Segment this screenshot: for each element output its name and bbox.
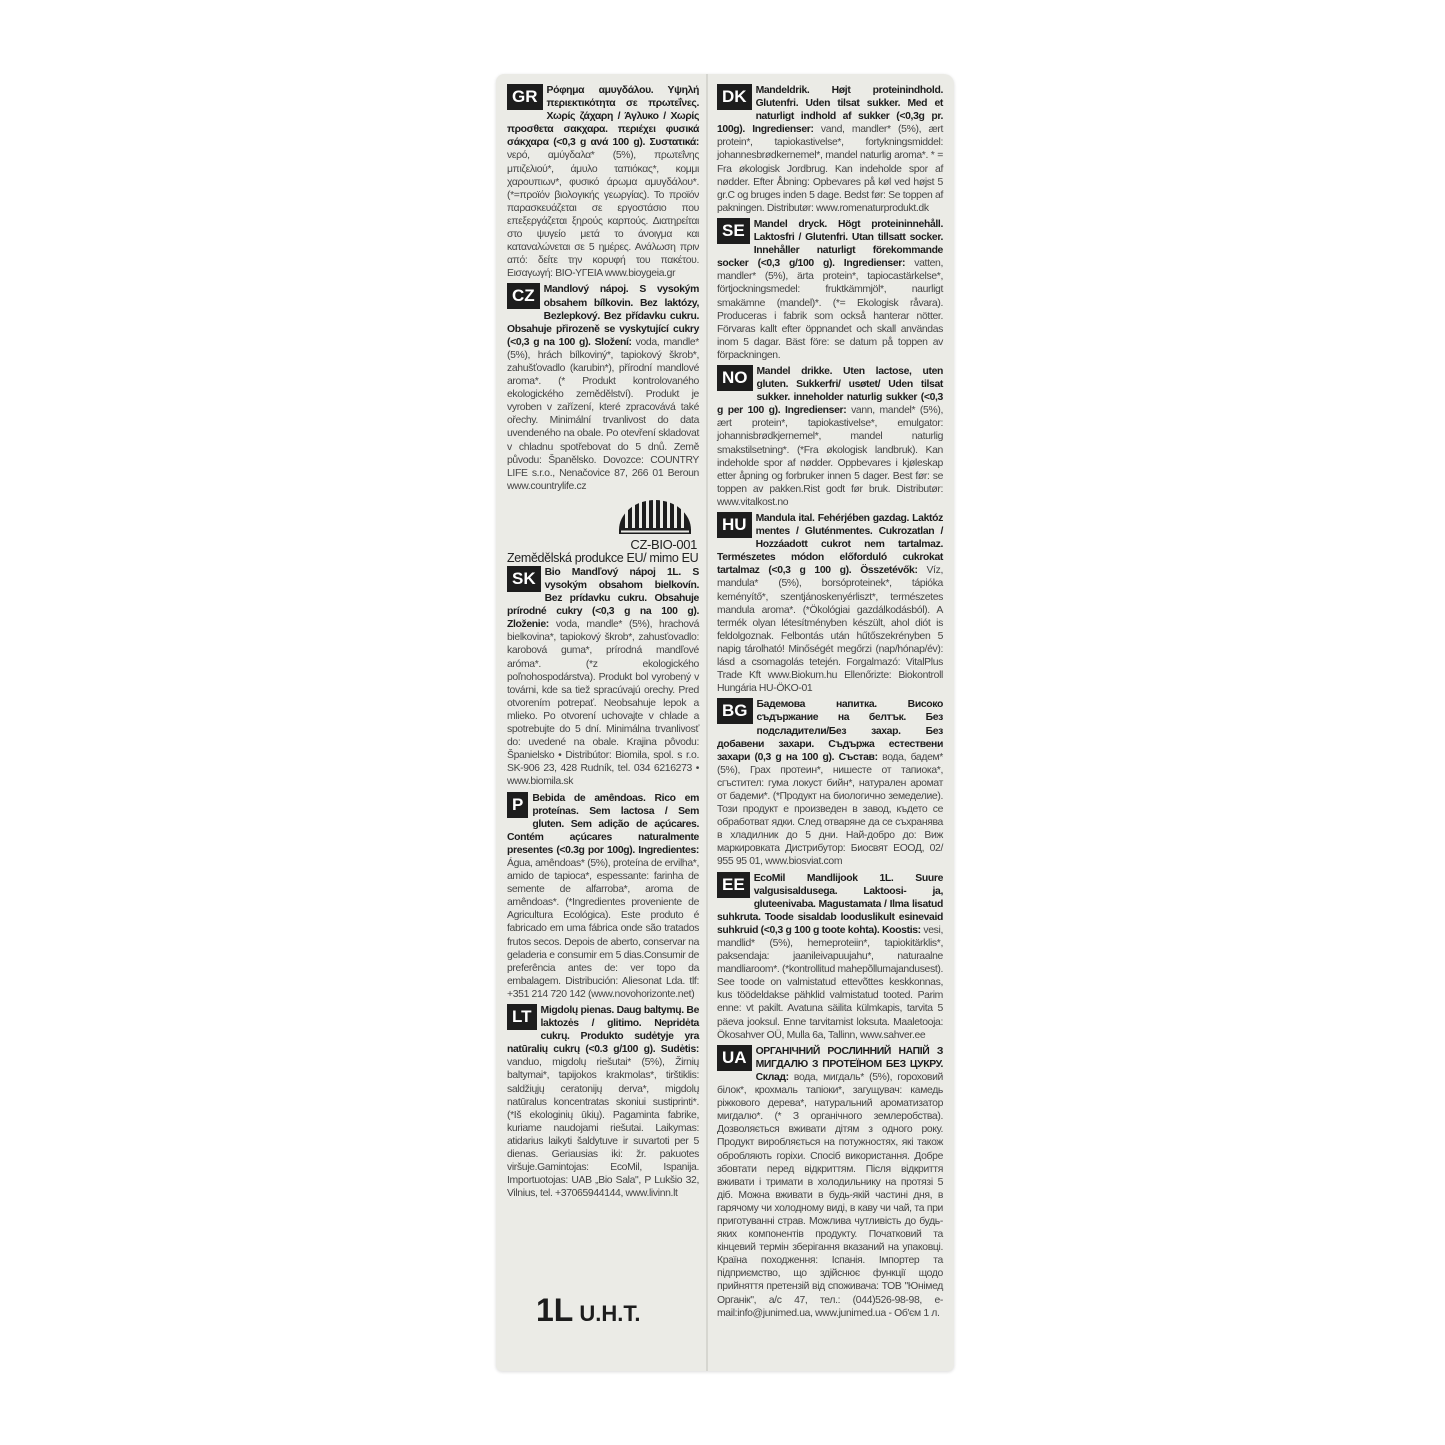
language-code-badge: P (507, 792, 528, 818)
language-block-p: P Bebida de amêndoas. Rico em proteínas.… (507, 792, 699, 1002)
language-block-ua: UA ОРГАНІЧНИЙ РОСЛИННИЙ НАПІЙ З МИГДАЛЮ … (717, 1045, 943, 1320)
block-body-text: вода, мигдаль* (5%), гороховий білок*, к… (717, 1072, 943, 1319)
language-block-ee: EE EcoMil Mandlijook 1L. Suure valgusisa… (717, 872, 943, 1042)
right-label-panel: DK Mandeldrik. Højt proteinindhold. Glut… (717, 84, 943, 1323)
carton-seam (706, 74, 708, 1371)
language-block-bg: BG Бадемова напитка. Високо съдържание н… (717, 698, 943, 868)
organic-bio-logo-icon (615, 496, 695, 536)
language-block-gr: GR Ρόφημα αμυγδάλου. Υψηλή περιεκτικότητ… (507, 84, 699, 280)
block-body-text: voda, mandle* (5%), hrachová bielkovina*… (507, 619, 699, 787)
carton-side-panel: GR Ρόφημα αμυγδάλου. Υψηλή περιεκτικότητ… (496, 74, 954, 1371)
block-body-text: Água, amêndoas* (5%), proteína de ervilh… (507, 858, 699, 1000)
volume-size: 1L (536, 1292, 573, 1328)
block-body-text: вода, бадем* (5%), Грах протеин*, нишест… (717, 752, 943, 868)
language-code-badge: NO (717, 365, 753, 391)
left-label-panel: GR Ρόφημα αμυγδάλου. Υψηλή περιεκτικότητ… (507, 84, 699, 1203)
block-body-text: voda, mandle* (5%), hrách bílkoviný*, ta… (507, 337, 699, 492)
block-body-text: vatten, mandler* (5%), ärta protein*, ta… (717, 258, 943, 361)
language-code-badge: EE (717, 872, 750, 898)
language-code-badge: LT (507, 1004, 537, 1030)
block-body-text: νερό, αμύγδαλα* (5%), πρωτεΐνης μπιζελιο… (507, 150, 699, 279)
language-code-badge: SK (507, 566, 541, 592)
block-lead-text: Bebida de amêndoas. Rico em proteínas. S… (507, 793, 699, 856)
language-block-dk: DK Mandeldrik. Højt proteinindhold. Glut… (717, 84, 943, 215)
language-code-badge: DK (717, 84, 752, 110)
block-body-text: Víz, mandula* (5%), borsóproteinek*, táp… (717, 565, 943, 694)
volume-label: 1LU.H.T. (536, 1292, 640, 1329)
language-code-badge: GR (507, 84, 543, 110)
language-code-badge: HU (717, 512, 752, 538)
block-body-text: vanduo, migdolų riešutai* (5%), Žirnių b… (507, 1057, 699, 1199)
language-code-badge: UA (717, 1045, 752, 1071)
language-code-badge: CZ (507, 283, 540, 309)
block-body-text: vann, mandel* (5%), ært protein*, tapiok… (717, 405, 943, 508)
language-block-no: NO Mandel drikke. Uten lactose, uten glu… (717, 365, 943, 509)
block-body-text: vesi, mandlid* (5%), hemeproteiin*, tapi… (717, 925, 943, 1041)
bio-certification: CZ-BIO-001 Zemědělská produkce EU/ mimo … (507, 496, 699, 566)
bio-certification-code: CZ-BIO-001 (630, 538, 697, 551)
language-block-hu: HU Mandula ital. Fehérjében gazdag. Lakt… (717, 512, 943, 695)
language-block-sk: SK Bio Mandľový nápoj 1L. S vysokým obsa… (507, 566, 699, 789)
uht-label: U.H.T. (579, 1301, 640, 1326)
agricultural-origin: Zemědělská produkce EU/ mimo EU (507, 552, 698, 565)
language-code-badge: BG (717, 698, 753, 724)
block-lead-text: EcoMil Mandlijook 1L. Suure valgusisaldu… (717, 873, 943, 936)
language-code-badge: SE (717, 218, 750, 244)
language-block-lt: LT Migdolų pienas. Daug baltymų. Be lakt… (507, 1004, 699, 1200)
language-block-cz: CZ Mandlový nápoj. S vysokým obsahem bíl… (507, 283, 699, 493)
block-body-text: vand, mandler* (5%), ært protein*, tapio… (717, 124, 943, 214)
language-block-se: SE Mandel dryck. Högt proteininnehåll. L… (717, 218, 943, 362)
